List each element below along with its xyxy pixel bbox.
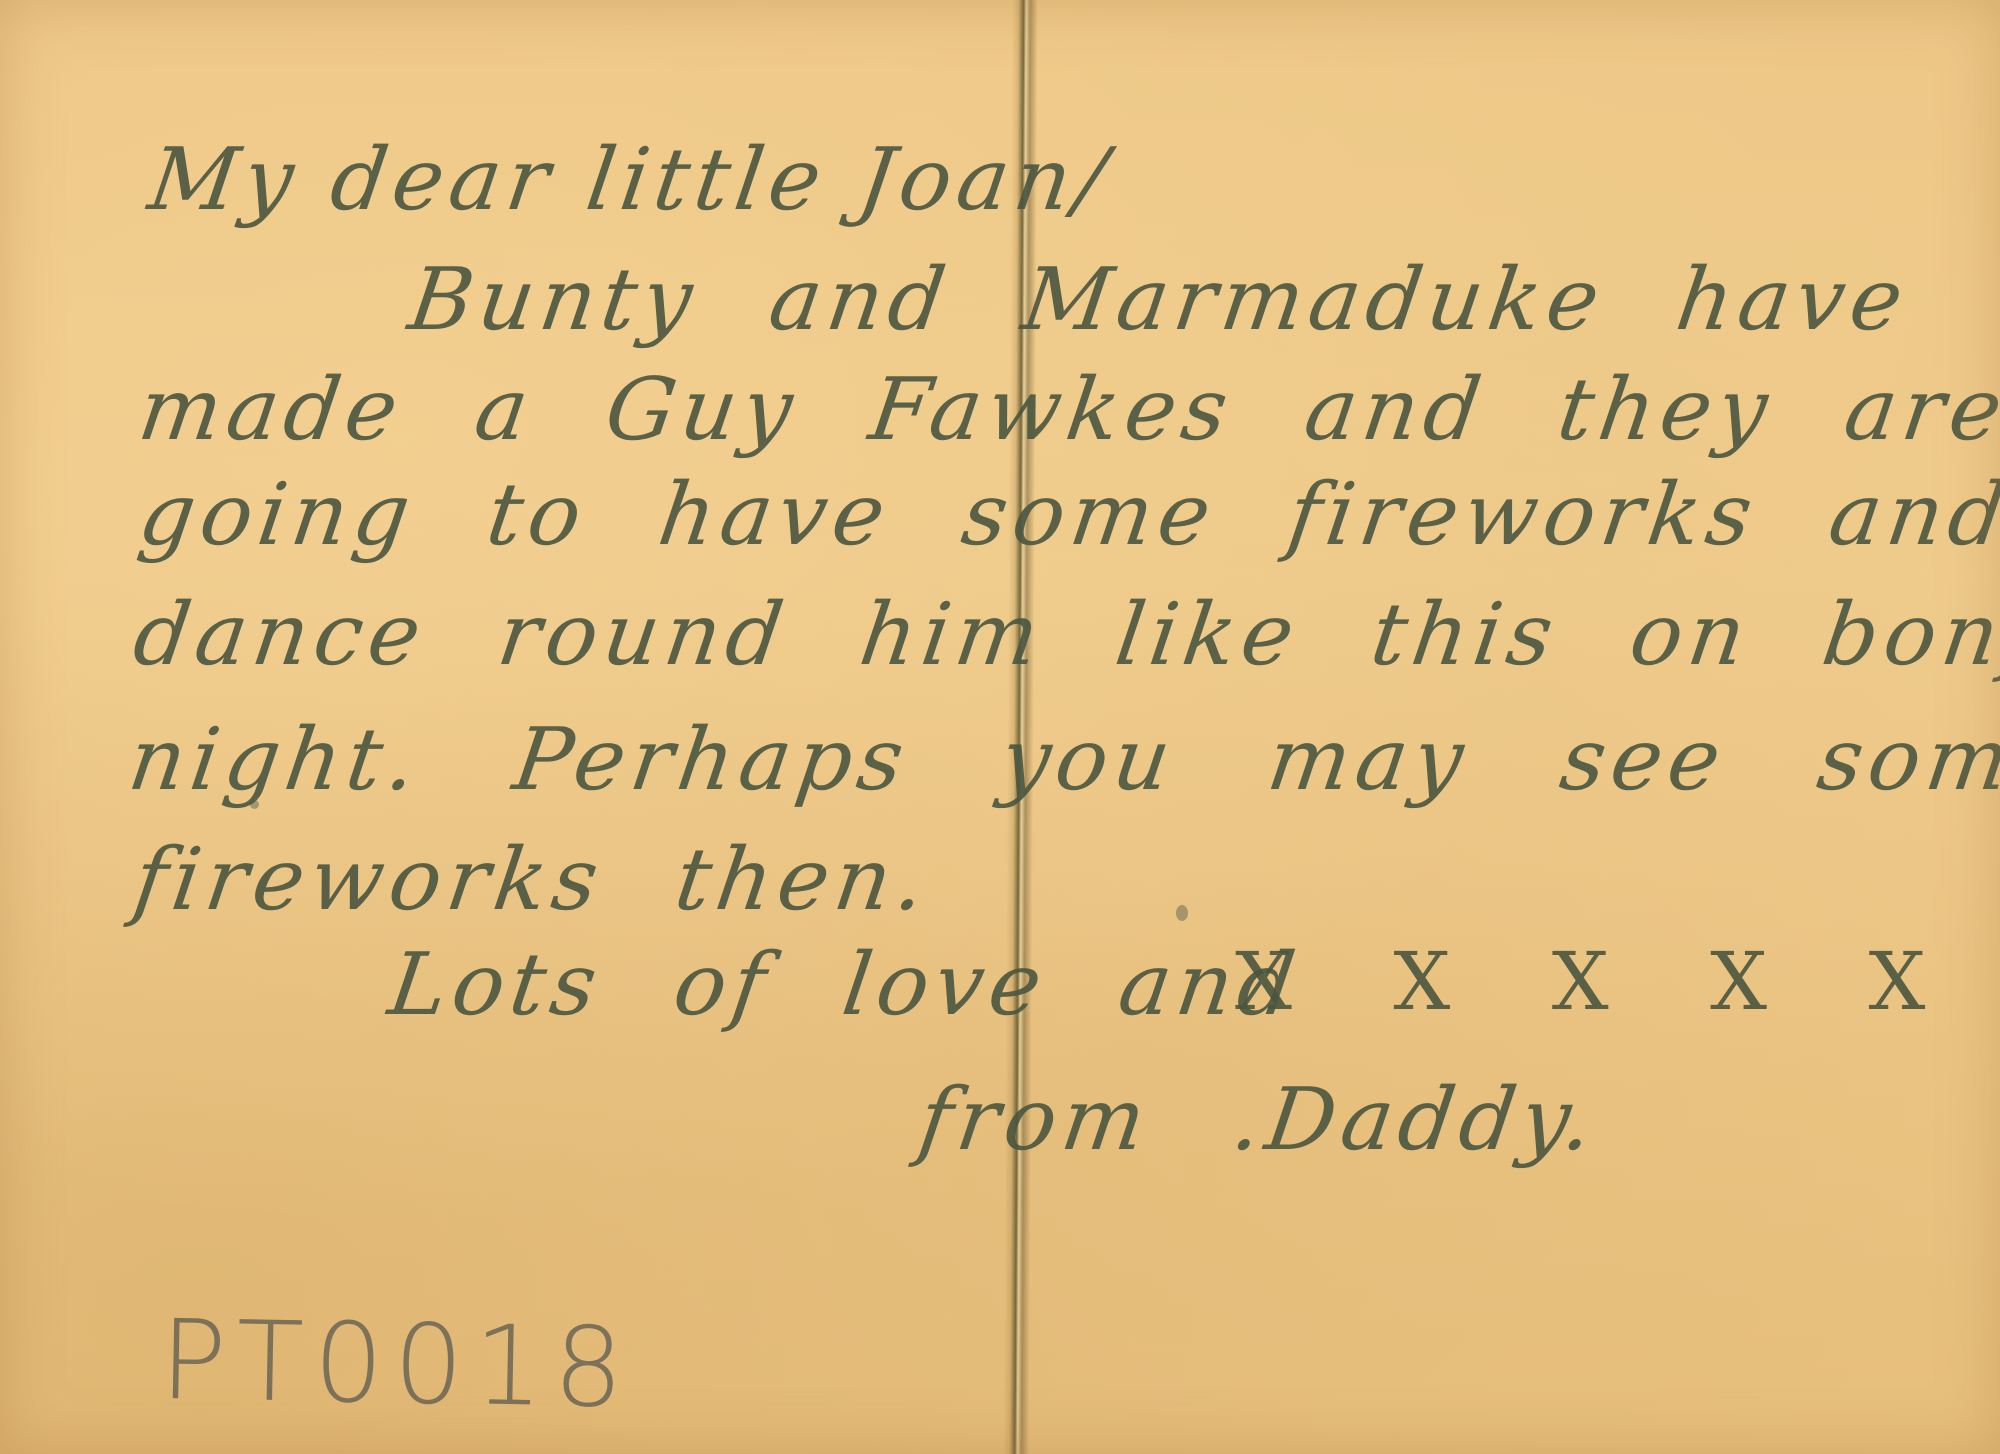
letter-kisses: X X X X X X X xyxy=(1235,935,2000,1028)
letter-body-line-4: dance round him like this on bonfire xyxy=(128,585,2000,685)
letter-closing: Lots of love and xyxy=(383,935,1307,1035)
letter-body-line-5: night. Perhaps you may see some xyxy=(123,710,2000,810)
ink-spot xyxy=(1176,905,1188,921)
letter-salutation: My dear little Joan/ xyxy=(143,130,1118,230)
letter-body-line-3: going to have some fireworks and xyxy=(133,465,2000,565)
letter-signature: from .Daddy. xyxy=(913,1070,1605,1170)
archive-reference-number: PT0018 xyxy=(159,1296,635,1432)
letter-paper: My dear little Joan/ Bunty and Marmaduke… xyxy=(0,0,2000,1454)
letter-body-line-1: Bunty and Marmaduke have xyxy=(403,250,1915,350)
letter-body-line-2: made a Guy Fawkes and they are xyxy=(133,360,2000,460)
letter-body-line-6: fireworks then. xyxy=(128,830,937,930)
